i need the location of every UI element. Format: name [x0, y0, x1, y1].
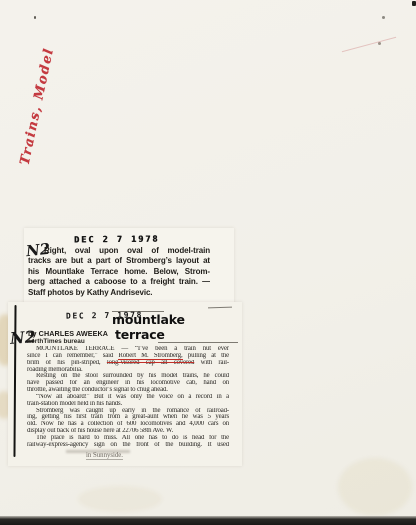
article-line: old. Now he has a collection of 600 loco… [27, 421, 229, 428]
article-line: ing, getting his first train from a grea… [27, 414, 229, 421]
article-line: since I can remember,” said Robert M. St… [27, 353, 229, 360]
headline-line: terrace [112, 327, 185, 342]
torn-article-line: in Sunnyside. [86, 452, 123, 460]
article-line: “Now all aboard!” But it was only the vo… [27, 394, 229, 401]
article-byline: by CHARLES AWEEKA [28, 329, 108, 338]
paper-stain [78, 486, 162, 512]
caption-line: Staff photos by Kathy Andrisevic. [28, 288, 210, 298]
caption-line: Right, oval upon oval of model-train [28, 246, 210, 256]
article-text-fragment: brim of his pin-striped, [27, 360, 107, 366]
caption-line: his Mountlake Terrace home. Below, Strom… [28, 267, 210, 277]
caption-line: berg attached a caboose to a freight tra… [28, 277, 210, 287]
speck [34, 16, 36, 19]
article-text-fragment: with rail- [194, 360, 229, 366]
headline-rule [208, 307, 232, 309]
article-line: The place is hard to miss. All one has t… [27, 435, 229, 442]
caption-line: tracks are but a part of Stromberg’s lay… [28, 256, 210, 266]
article-headline: mountlake terrace [112, 312, 185, 342]
article-line: display out back of his house here at 22… [27, 428, 229, 435]
article-line: train-station model held in his hands. [27, 401, 229, 408]
speck [382, 16, 385, 19]
caption-text: Right, oval upon oval of model-train tra… [28, 246, 210, 298]
date-stamp: DEC 2 7 1978 [74, 235, 160, 246]
red-filing-note: Trains, Model [18, 17, 69, 168]
red-struck-text: long-visored cap all covered [107, 360, 194, 366]
caption-clipping: DEC 2 7 1978 N2 Right, oval upon oval of… [24, 228, 234, 312]
article-line: brim of his pin-striped, long-visored ca… [27, 360, 229, 367]
corner-mark [412, 1, 416, 6]
article-line: throttle, awaiting the conductor’s signa… [27, 387, 229, 394]
article-text-fragment: pulling at the [183, 353, 229, 359]
crease-mark [342, 37, 396, 52]
headline-line: mountlake [112, 312, 185, 327]
photo-bottom-edge [0, 516, 416, 525]
photo-back: Trains, Model DEC 2 7 1978 N2 Right, ova… [0, 0, 416, 525]
paper-stain [338, 458, 412, 516]
article-text-fragment: since I can remember,” said [27, 353, 118, 359]
article-clipping: DEC 2 7 1978 mountlake terrace N2 by CHA… [8, 302, 242, 466]
article-body: MOUNTLAKE TERRACE — “I’ve been a train n… [27, 346, 229, 449]
article-bureau: northTimes bureau [27, 338, 85, 345]
headline-rule [158, 342, 238, 343]
article-line: MOUNTLAKE TERRACE — “I’ve been a train n… [27, 346, 229, 353]
red-underlined-text: Robert M. Stromberg, [118, 353, 182, 360]
article-line: Resting on the stool surrounded by his m… [27, 373, 229, 380]
article-line: Stromberg was caught up early in the rom… [27, 408, 229, 415]
article-line: roading memorabilia. [27, 367, 229, 374]
article-line: have passed for an engineer in his locom… [27, 380, 229, 387]
article-line: railway-express-agency sign on the front… [27, 442, 229, 449]
